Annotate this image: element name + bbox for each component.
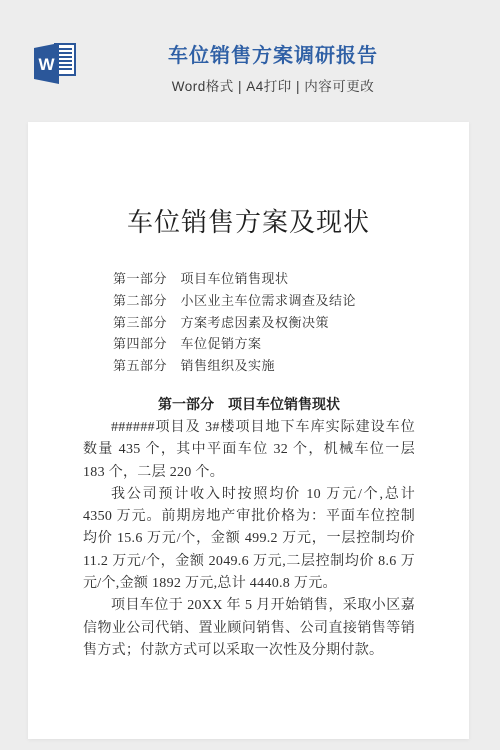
body-paragraph-1: ######项目及 3#楼项目地下车库实际建设车位数量 435 个，其中平面车位… [83, 417, 415, 484]
table-of-contents: 第一部分 项目车位销售现状 第二部分 小区业主车位需求调查及结论 第三部分 方案… [113, 268, 356, 377]
body-paragraph-2: 我公司预计收入时按照均价 10 万元/个,总计 4350 万元。前期房地产审批价… [83, 484, 415, 595]
header-text-block: 车位销售方案调研报告 Word格式 | A4打印 | 内容可更改 [46, 44, 500, 95]
preview-header: W 车位销售方案调研报告 Word格式 | A4打印 | 内容可更改 [0, 0, 500, 122]
template-title: 车位销售方案调研报告 [46, 44, 500, 68]
template-subtitle: Word格式 | A4打印 | 内容可更改 [46, 75, 500, 95]
body-paragraph-3: 项目车位于 20XX 年 5 月开始销售，采取小区嘉信物业公司代销、置业顾问销售… [83, 595, 415, 662]
toc-item-5: 第五部分 销售组织及实施 [113, 355, 356, 377]
toc-item-4: 第四部分 车位促销方案 [113, 333, 356, 355]
section-heading: 第一部分 项目车位销售现状 [83, 395, 415, 417]
document-body: ######项目及 3#楼项目地下车库实际建设车位数量 435 个，其中平面车位… [83, 417, 415, 662]
template-preview-page: { "colors": { "accent_blue": "#2e5fa5", … [0, 0, 500, 750]
toc-item-2: 第二部分 小区业主车位需求调查及结论 [113, 290, 356, 312]
toc-item-1: 第一部分 项目车位销售现状 [113, 268, 356, 290]
toc-item-3: 第三部分 方案考虑因素及权衡决策 [113, 312, 356, 334]
document-page: 车位销售方案及现状 第一部分 项目车位销售现状 第二部分 小区业主车位需求调查及… [28, 122, 469, 739]
document-title: 车位销售方案及现状 [28, 202, 469, 239]
